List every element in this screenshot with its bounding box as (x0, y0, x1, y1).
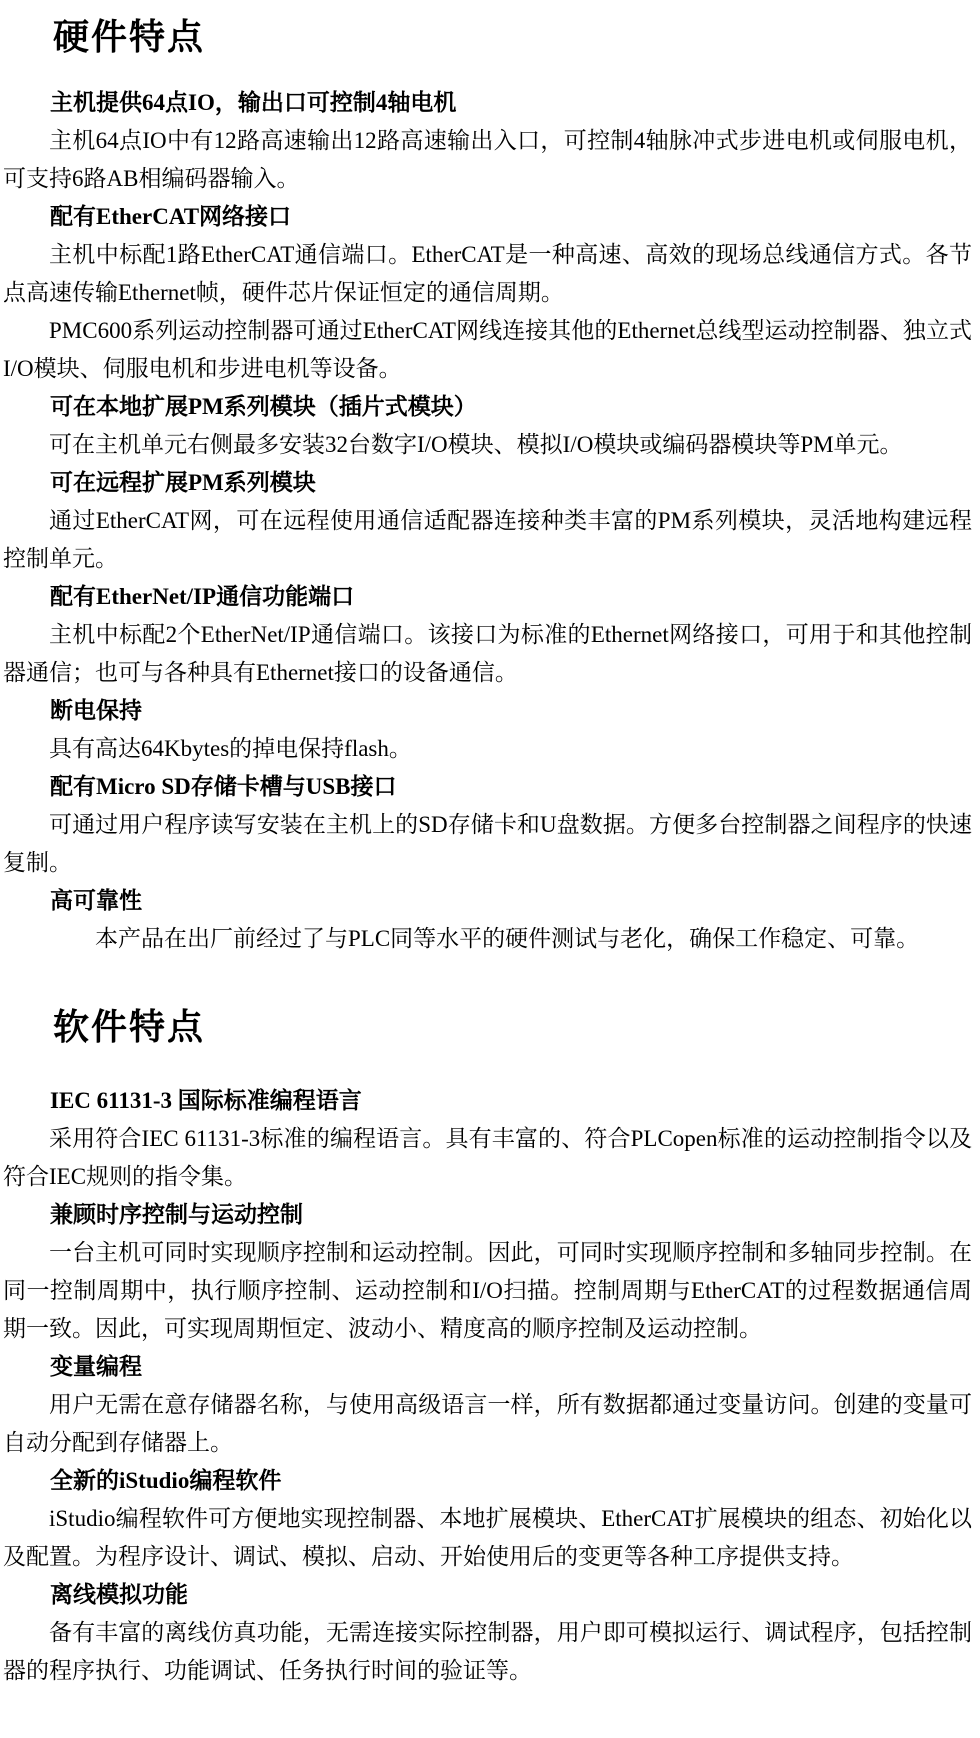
feature-heading-variable-programming: 变量编程 (50, 1348, 972, 1386)
feature-heading-offline-simulation: 离线模拟功能 (50, 1576, 972, 1614)
document-page: 硬件特点 主机提供64点IO，输出口可控制4轴电机 主机64点IO中有12路高速… (0, 0, 980, 1738)
hardware-section-title: 硬件特点 (53, 14, 972, 60)
feature-paragraph-offline-simulation: 备有丰富的离线仿真功能，无需连接实际控制器，用户即可模拟运行、调试程序，包括控制… (3, 1614, 972, 1690)
feature-paragraph-local-pm-expansion: 可在主机单元右侧最多安装32台数字I/O模块、模拟I/O模块或编码器模块等PM单… (3, 426, 972, 464)
feature-paragraph-iec-61131-3: 采用符合IEC 61131-3标准的编程语言。具有丰富的、符合PLCopen标准… (3, 1120, 972, 1196)
feature-heading-istudio: 全新的iStudio编程软件 (50, 1462, 972, 1500)
feature-heading-iec-61131-3: IEC 61131-3 国际标准编程语言 (50, 1082, 972, 1120)
feature-heading-host-64io: 主机提供64点IO，输出口可控制4轴电机 (50, 84, 972, 122)
feature-paragraph-ethercat-port-1: 主机中标配1路EtherCAT通信端口。EtherCAT是一种高速、高效的现场总… (3, 236, 972, 312)
feature-paragraph-ethercat-port-2: PMC600系列运动控制器可通过EtherCAT网线连接其他的Ethernet总… (3, 312, 972, 388)
feature-heading-reliability: 高可靠性 (50, 882, 972, 920)
feature-paragraph-reliability: 本产品在出厂前经过了与PLC同等水平的硬件测试与老化，确保工作稳定、可靠。 (3, 920, 972, 958)
feature-heading-sd-usb: 配有Micro SD存储卡槽与USB接口 (50, 768, 972, 806)
feature-heading-ethernet-ip-port: 配有EtherNet/IP通信功能端口 (50, 578, 972, 616)
feature-heading-sequence-motion-control: 兼顾时序控制与运动控制 (50, 1196, 972, 1234)
feature-heading-local-pm-expansion: 可在本地扩展PM系列模块（插片式模块） (50, 388, 972, 426)
feature-heading-remote-pm-expansion: 可在远程扩展PM系列模块 (50, 464, 972, 502)
feature-heading-ethercat-port: 配有EtherCAT网络接口 (50, 198, 972, 236)
feature-paragraph-ethernet-ip-port: 主机中标配2个EtherNet/IP通信端口。该接口为标准的Ethernet网络… (3, 616, 972, 692)
feature-paragraph-sd-usb: 可通过用户程序读写安装在主机上的SD存储卡和U盘数据。方便多台控制器之间程序的快… (3, 806, 972, 882)
feature-heading-power-off-retention: 断电保持 (50, 692, 972, 730)
feature-paragraph-host-64io: 主机64点IO中有12路高速输出12路高速输出入口，可控制4轴脉冲式步进电机或伺… (3, 122, 972, 198)
software-section: IEC 61131-3 国际标准编程语言 采用符合IEC 61131-3标准的编… (3, 1082, 972, 1690)
feature-paragraph-variable-programming: 用户无需在意存储器名称，与使用高级语言一样，所有数据都通过变量访问。创建的变量可… (3, 1386, 972, 1462)
feature-paragraph-sequence-motion-control: 一台主机可同时实现顺序控制和运动控制。因此，可同时实现顺序控制和多轴同步控制。在… (3, 1234, 972, 1348)
feature-paragraph-istudio: iStudio编程软件可方便地实现控制器、本地扩展模块、EtherCAT扩展模块… (3, 1500, 972, 1576)
hardware-section: 主机提供64点IO，输出口可控制4轴电机 主机64点IO中有12路高速输出12路… (3, 84, 972, 958)
feature-paragraph-power-off-retention: 具有高达64Kbytes的掉电保持flash。 (3, 730, 972, 768)
feature-paragraph-remote-pm-expansion: 通过EtherCAT网，可在远程使用通信适配器连接种类丰富的PM系列模块，灵活地… (3, 502, 972, 578)
software-section-title: 软件特点 (53, 1004, 972, 1050)
